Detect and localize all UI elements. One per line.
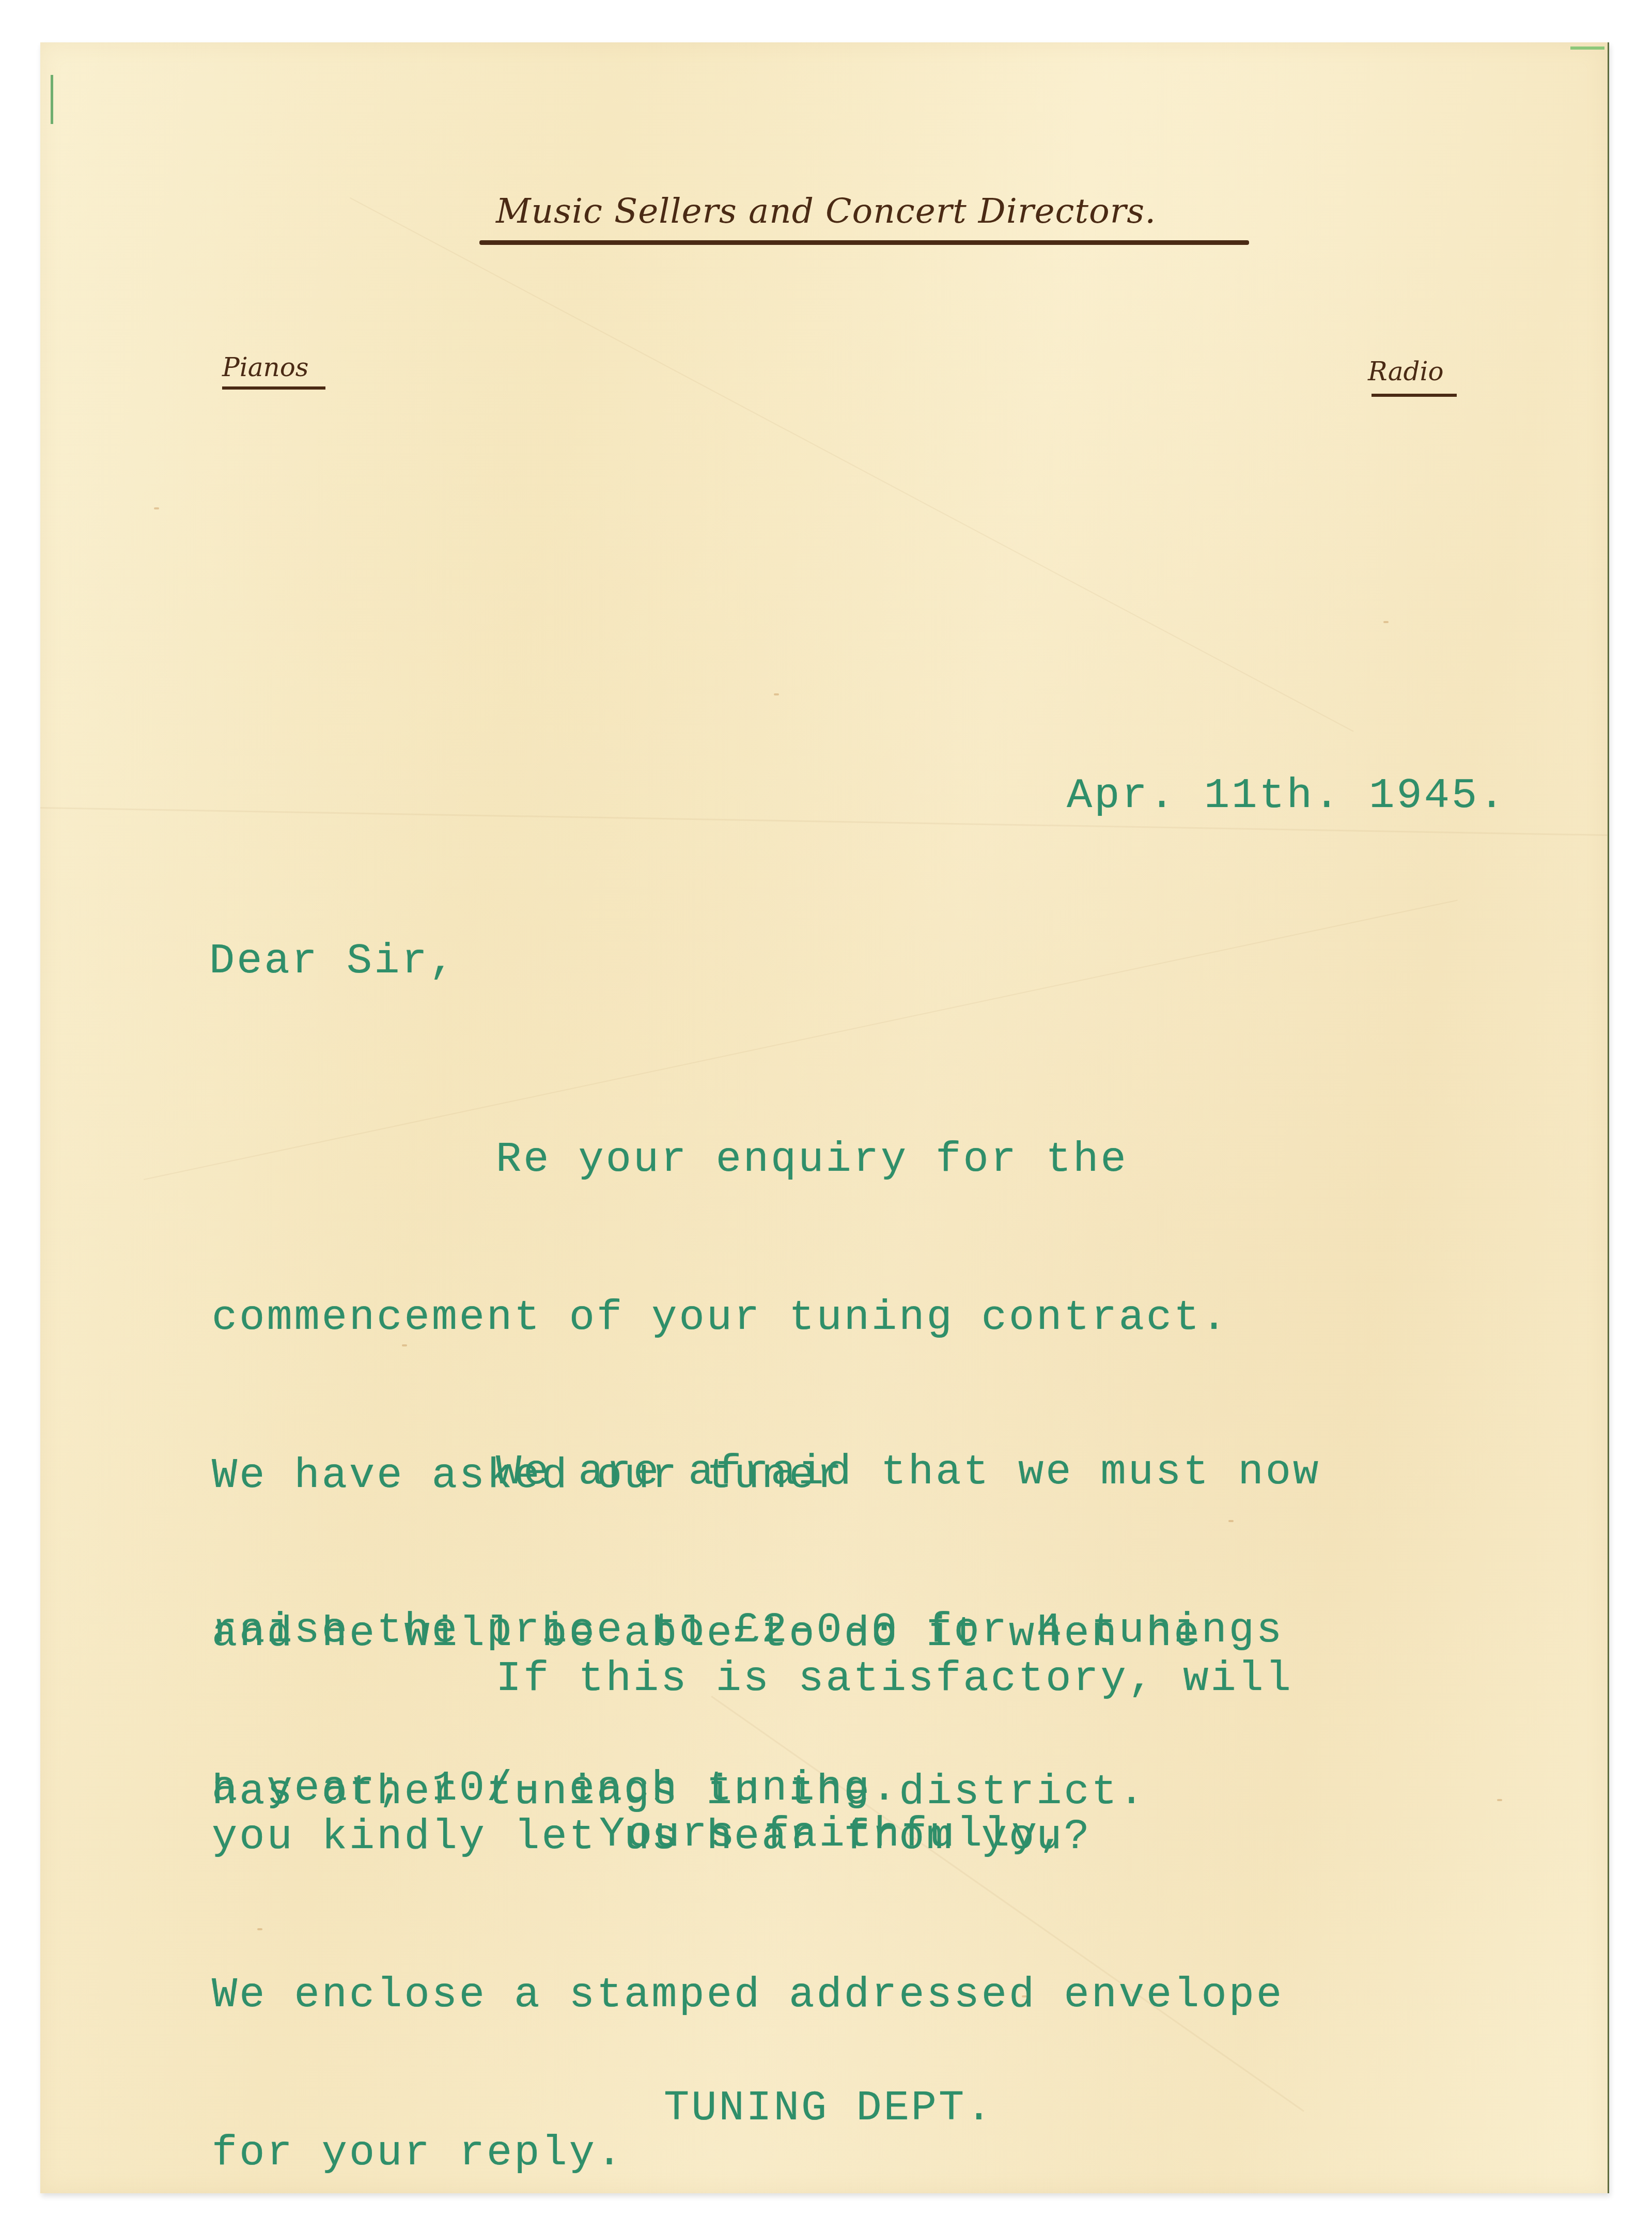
letterhead-pianos: Pianos	[222, 352, 308, 382]
paper-fleck	[774, 693, 779, 695]
paragraph-line: We enclose a stamped addressed envelope	[212, 1969, 1293, 2022]
paragraph-line: commencement of your tuning contract.	[212, 1292, 1229, 1344]
paper-fleck	[1497, 1799, 1502, 1801]
paper-fleck	[154, 507, 159, 509]
paper-crease	[350, 197, 1353, 732]
paragraph-line: If this is satisfactory, will	[212, 1653, 1293, 1706]
letter-date: Apr. 11th. 1945.	[1067, 770, 1506, 823]
letterhead-title-underline	[479, 240, 1249, 245]
letterhead-pianos-underline	[222, 386, 325, 390]
paragraph-line: Re your enquiry for the	[212, 1134, 1229, 1186]
letter-closing: Yours faithfully,	[599, 1808, 1067, 1861]
margin-mark	[1570, 47, 1604, 50]
paragraph-line: for your reply.	[212, 2127, 1293, 2180]
letter-salutation: Dear Sir,	[209, 935, 457, 988]
letterhead-title: Music Sellers and Concert Directors.	[496, 191, 1156, 231]
letter-signature: TUNING DEPT.	[664, 2082, 994, 2135]
letterhead-radio-underline	[1372, 394, 1457, 397]
paragraph-line: We are afraid that we must now	[212, 1446, 1320, 1499]
paper-fleck	[1383, 621, 1389, 623]
margin-mark	[51, 75, 53, 124]
letterhead-radio: Radio	[1368, 357, 1444, 386]
